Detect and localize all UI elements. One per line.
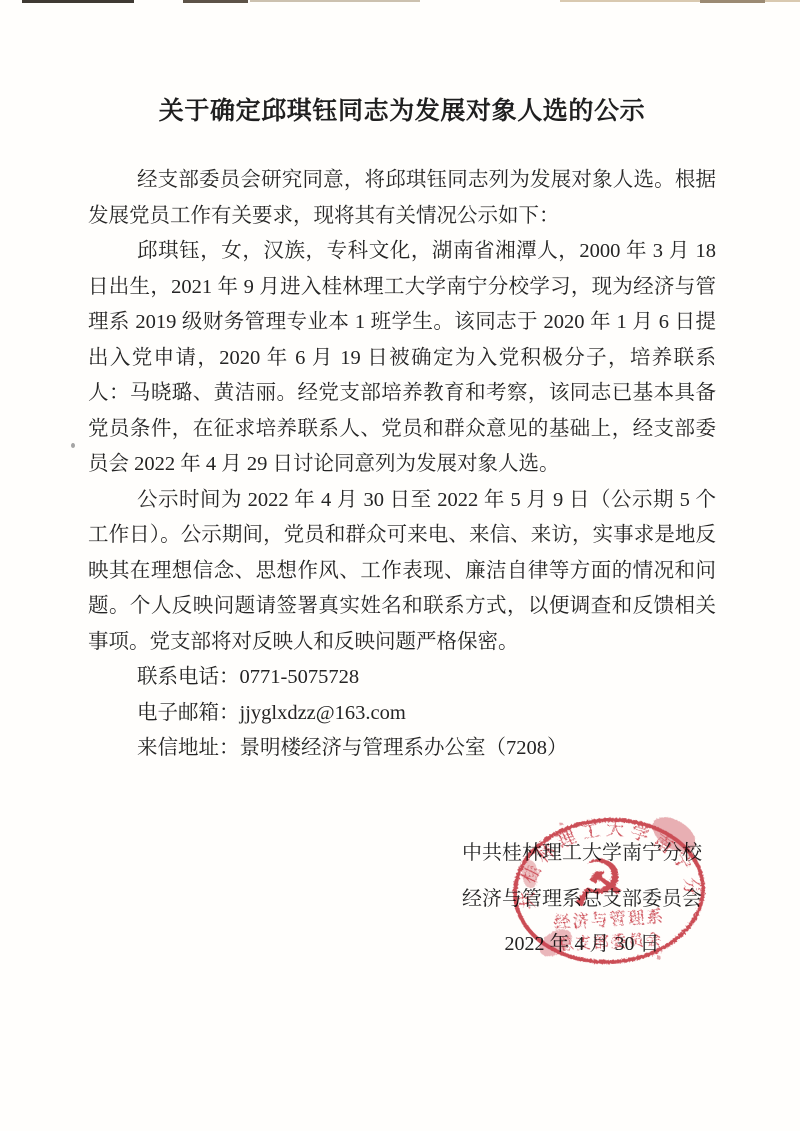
contact-phone-line: 联系电话：0771-5075728 — [88, 660, 716, 696]
contact-phone-value: 0771-5075728 — [240, 666, 360, 688]
contact-email-value: jjyglxdzz@163.com — [240, 702, 406, 724]
contact-address-value: 景明楼经济与管理系办公室（7208） — [240, 737, 568, 759]
scan-edge-artifact — [183, 0, 248, 3]
scan-edge-artifact — [700, 0, 765, 3]
contact-address-label: 来信地址： — [137, 737, 240, 759]
document-title: 关于确定邱琪钰同志为发展对象人选的公示 — [88, 91, 716, 127]
scan-speck-artifact — [71, 443, 75, 448]
seal-ink-speck — [560, 823, 564, 827]
contact-email-label: 电子邮箱： — [137, 702, 240, 724]
paragraph-approval: 经支部委员会研究同意，将邱琪钰同志列为发展对象人选。根据发展党员工作有关要求，现… — [88, 163, 716, 234]
document-body: 经支部委员会研究同意，将邱琪钰同志列为发展对象人选。根据发展党员工作有关要求，现… — [88, 163, 716, 767]
paragraph-candidate-profile: 邱琪钰，女，汉族，专科文化，湖南省湘潭人，2000 年 3 月 18 日出生，2… — [88, 234, 716, 483]
scan-edge-artifact — [22, 0, 134, 3]
contact-email-line: 电子邮箱：jjyglxdzz@163.com — [88, 696, 716, 732]
seal-center-line2: 总支部委员会 — [558, 930, 664, 953]
paragraph-publicity-period: 公示时间为 2022 年 4 月 30 日至 2022 年 5 月 9 日（公示… — [88, 483, 716, 661]
official-seal: 中共桂林理工大学南宁分校 ☭ 经济与管理系 总支部委员会 — [501, 805, 717, 978]
seal-ink-speck — [656, 955, 660, 959]
contact-address-line: 来信地址：景明楼经济与管理系办公室（7208） — [88, 731, 716, 767]
scan-edge-artifact — [250, 0, 420, 2]
document-page: 关于确定邱琪钰同志为发展对象人选的公示 经支部委员会研究同意，将邱琪钰同志列为发… — [0, 0, 800, 1131]
contact-phone-label: 联系电话： — [137, 666, 240, 688]
